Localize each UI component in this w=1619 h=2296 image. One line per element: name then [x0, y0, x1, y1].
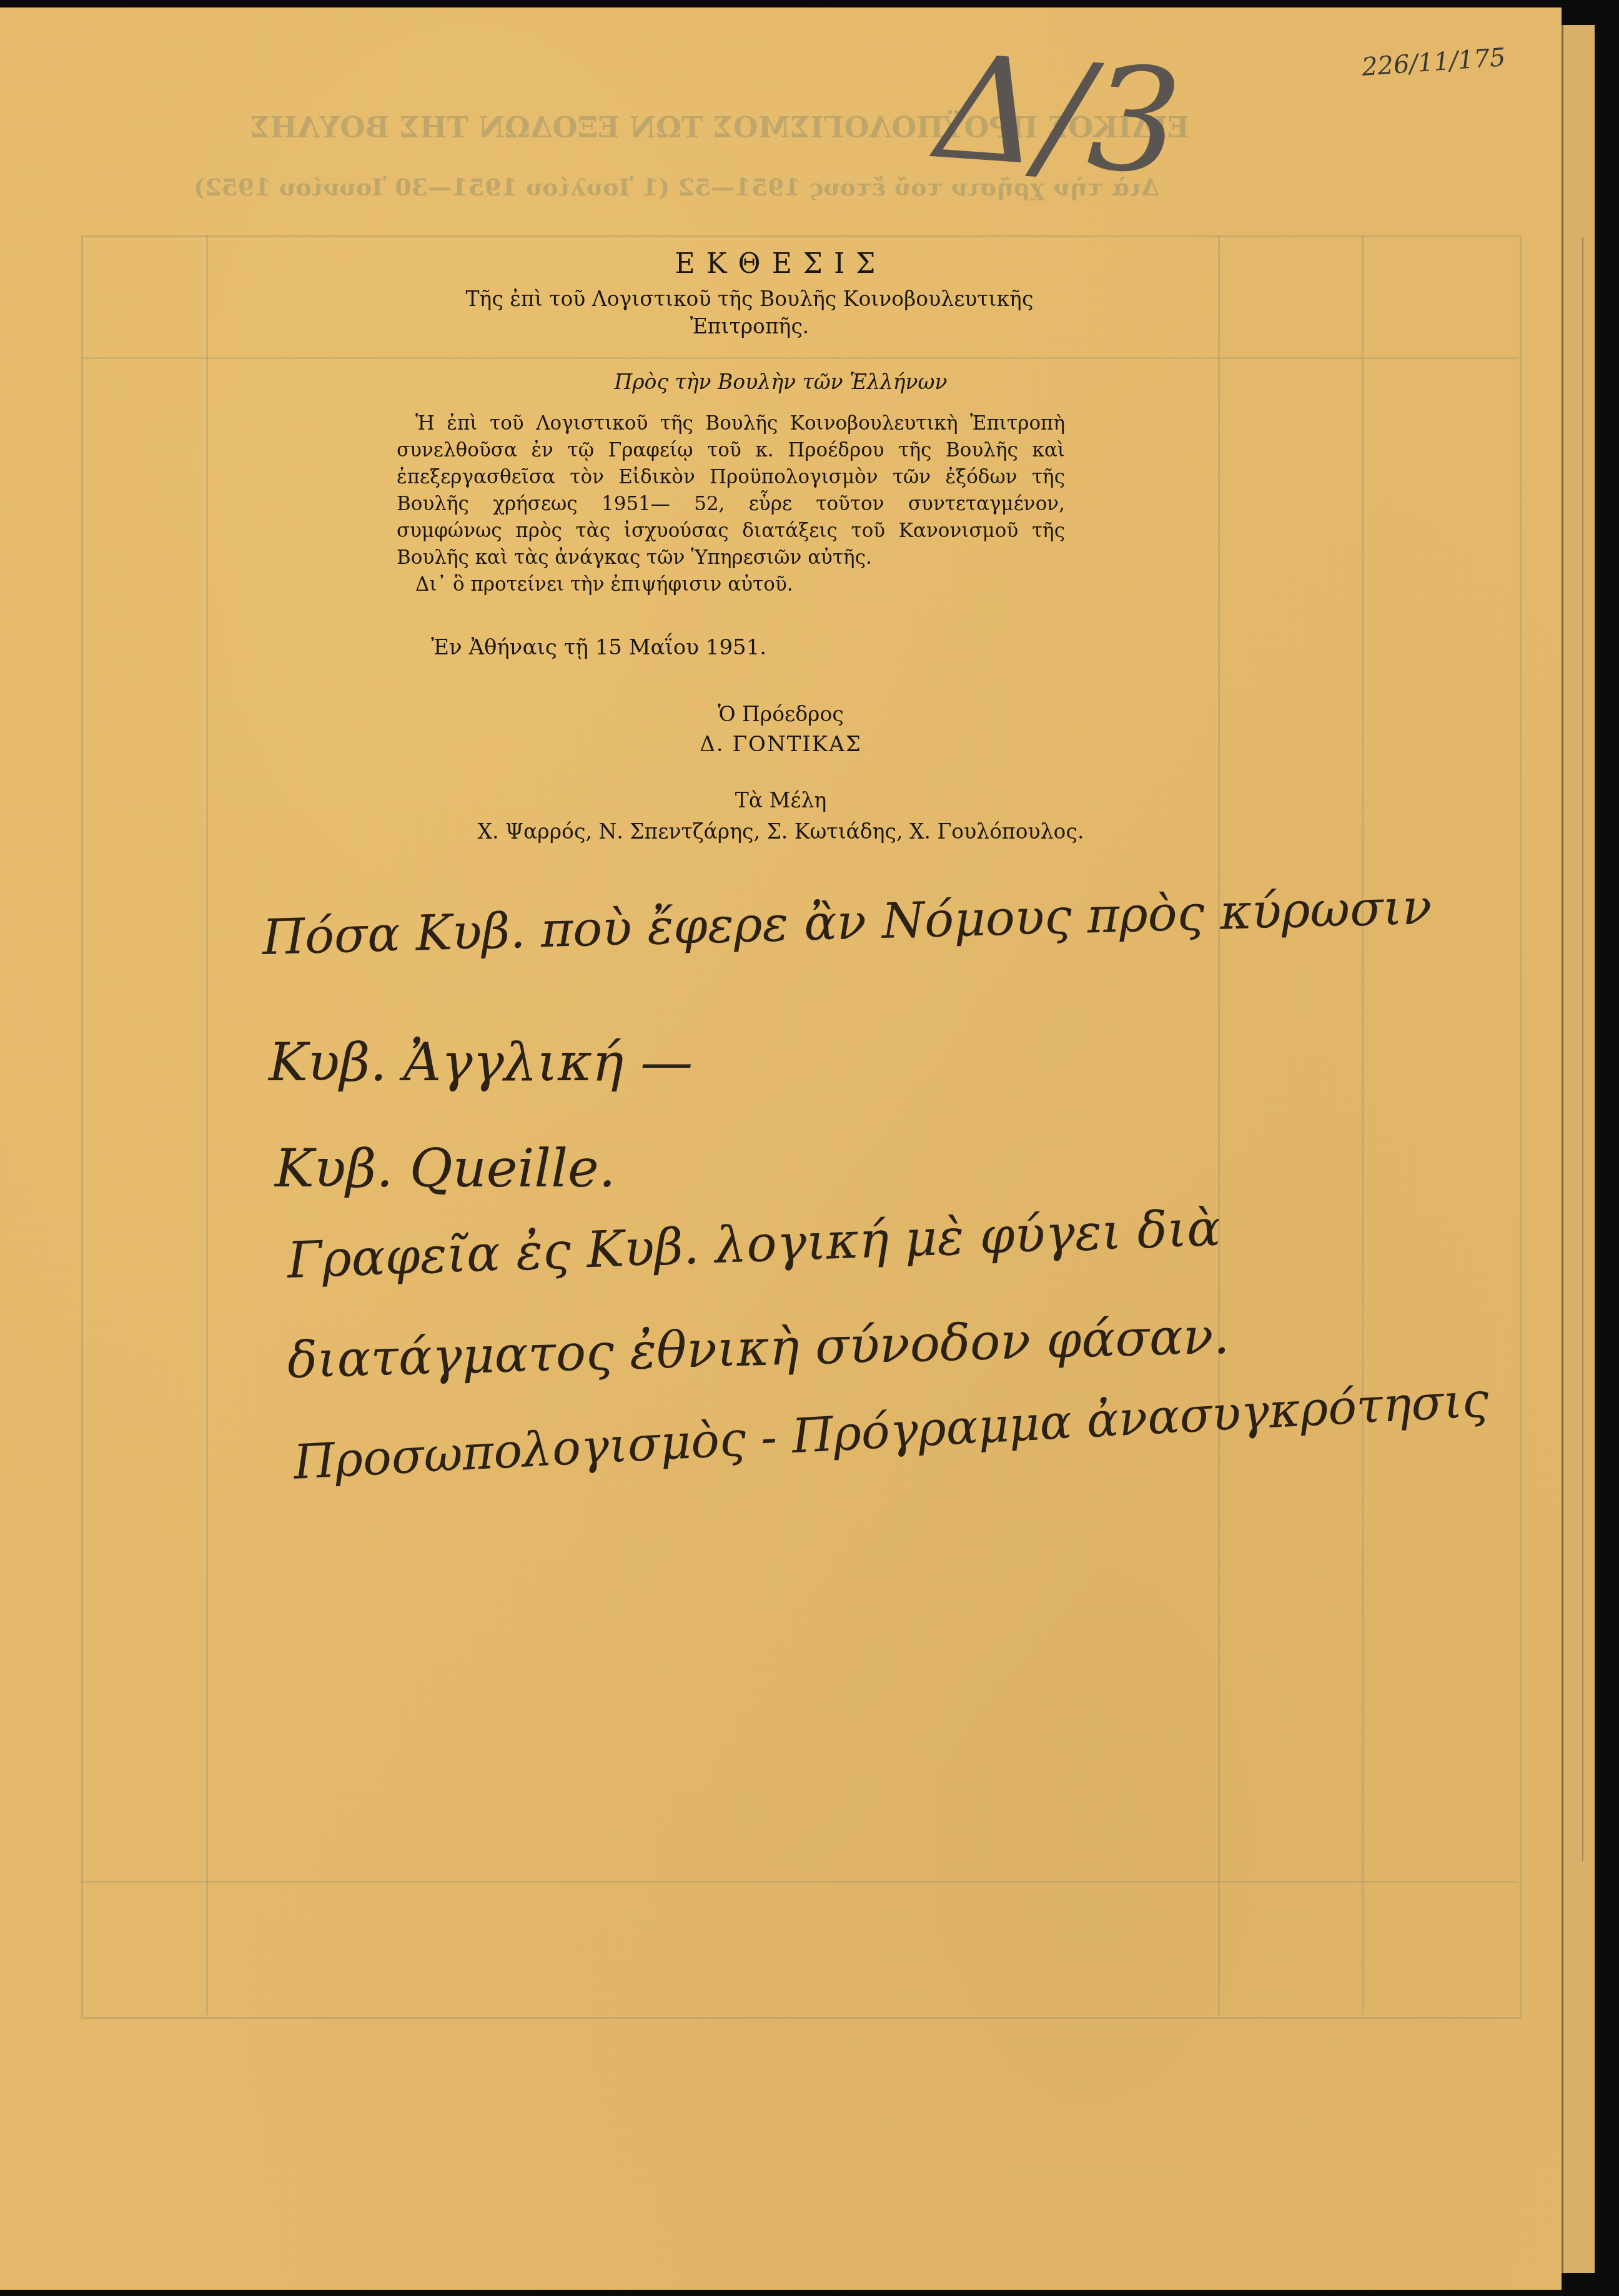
report-subtitle: Τῆς ἐπὶ τοῦ Λογιστικοῦ τῆς Βουλῆς Κοινοβ… — [418, 285, 1081, 340]
document-page: ΕΙΔΙΚΟΣ ΠΡΟΫΠΟΛΟΓΙΣΜΟΣ ΤΩΝ ΕΞΟΔΩΝ ΤΗΣ ΒΟ… — [0, 7, 1562, 2290]
page-fold-line — [1582, 237, 1583, 1861]
report-body-paragraph: Ἡ ἐπὶ τοῦ Λογιστικοῦ τῆς Βουλῆς Κοινοβου… — [397, 410, 1065, 571]
show-through-column-line — [1218, 235, 1220, 2015]
report-title: ΕΚΘΕΣΙΣ — [0, 248, 1562, 280]
report-body: Ἡ ἐπὶ τοῦ Λογιστικοῦ τῆς Βουλῆς Κοινοβου… — [397, 410, 1065, 598]
handwritten-note-2: Κυβ. Ἀγγλική — — [269, 1032, 693, 1093]
report-date: Ἐν Ἀθήναις τῇ 15 Μαΐου 1951. — [431, 635, 766, 660]
underlying-sheet-edge — [1562, 25, 1595, 2273]
archive-reference-number: 226/11/175 — [1361, 43, 1507, 82]
show-through-column-line — [1362, 235, 1364, 2015]
report-proposal: Δι᾽ ὃ προτείνει τὴν ἐπιψήφισιν αὐτοῦ. — [397, 571, 1065, 598]
president-title: Ὁ Πρόεδρος — [0, 702, 1562, 726]
pencil-folio-mark: Δ/3 — [931, 24, 1186, 208]
show-through-row-line — [81, 357, 1518, 359]
members-list: Χ. Ψαρρός, Ν. Σπεντζάρης, Σ. Κωτιάδης, Χ… — [0, 819, 1562, 844]
show-through-column-line — [206, 235, 208, 2015]
president-name: Δ. ΓΟΝΤΙΚΑΣ — [0, 732, 1562, 757]
members-title: Τὰ Μέλη — [0, 788, 1562, 812]
handwritten-note-3: Κυβ. Queille. — [275, 1138, 615, 1199]
show-through-row-line — [81, 1881, 1518, 1883]
report-addressee: Πρὸς τὴν Βουλὴν τῶν Ἑλλήνων — [0, 370, 1562, 394]
